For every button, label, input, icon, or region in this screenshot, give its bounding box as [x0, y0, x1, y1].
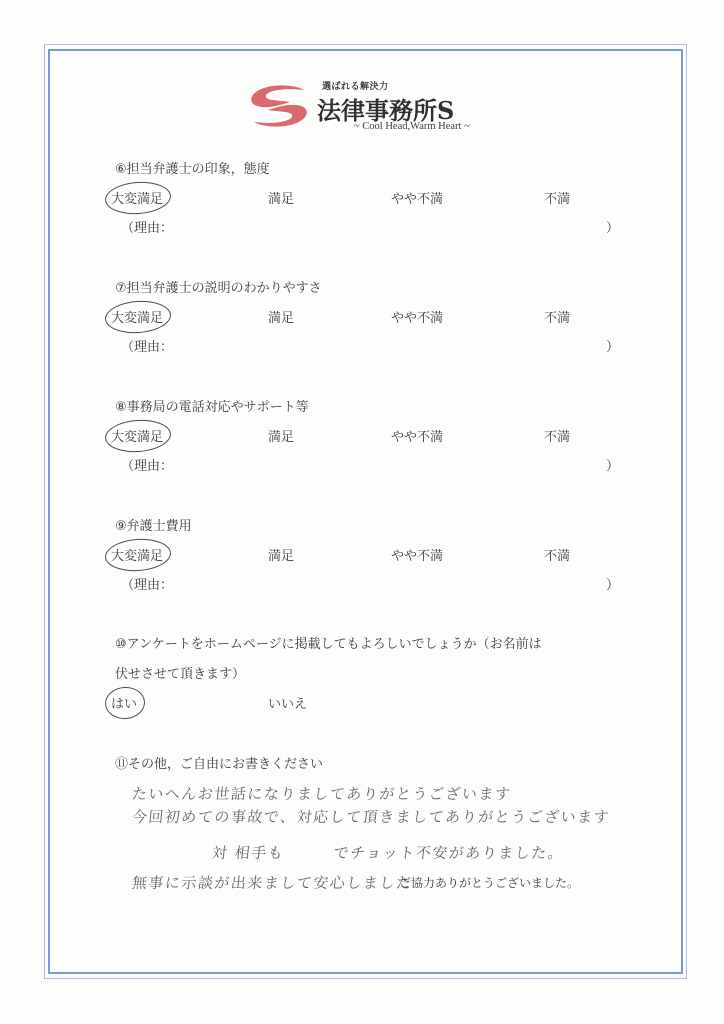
option-very-satisfied[interactable]: 大変満足: [111, 188, 163, 207]
option-somewhat-dissatisfied[interactable]: やや不満: [391, 545, 443, 564]
reason-label: （理由：: [121, 217, 173, 236]
question-title: ⑥担当弁護士の印象，態度: [115, 158, 270, 177]
option-somewhat-dissatisfied[interactable]: やや不満: [391, 426, 443, 445]
option-very-satisfied[interactable]: 大変満足: [111, 545, 163, 564]
option-very-satisfied[interactable]: 大変満足: [111, 307, 163, 326]
option-no[interactable]: いいえ: [268, 693, 307, 712]
option-satisfied[interactable]: 満足: [268, 307, 294, 326]
handwritten-comment-line: たいへんお世話になりましてありがとうございます: [131, 783, 513, 804]
option-satisfied[interactable]: 満足: [268, 545, 294, 564]
reason-close-paren: ）: [606, 574, 619, 593]
option-dissatisfied[interactable]: 不満: [544, 307, 570, 326]
handwritten-comment-line: 無事に示談が出来まして安心しました: [131, 872, 414, 893]
option-dissatisfied[interactable]: 不満: [544, 188, 570, 207]
question-title: ⑪その他，ご自由にお書きください: [115, 753, 323, 772]
question-title-line1: ⑩アンケートをホームページに掲載してもよろしいでしょうか（お名前は: [115, 633, 542, 652]
option-yes[interactable]: はい: [111, 693, 137, 712]
handwritten-comment-line: 対 相手も でチョット不安がありました。: [211, 842, 566, 863]
reason-label: （理由：: [121, 336, 173, 355]
reason-label: （理由：: [121, 455, 173, 474]
logo-subtitle: ~ Cool Head,Warm Heart ~: [354, 121, 470, 132]
question-title: ⑦担当弁護士の説明のわかりやすさ: [115, 277, 322, 296]
reason-label: （理由：: [121, 574, 173, 593]
reason-close-paren: ）: [606, 336, 619, 355]
option-somewhat-dissatisfied[interactable]: やや不満: [391, 188, 443, 207]
logo-s-mark-icon: [246, 84, 312, 128]
option-somewhat-dissatisfied[interactable]: やや不満: [391, 307, 443, 326]
option-satisfied[interactable]: 満足: [268, 188, 294, 207]
option-very-satisfied[interactable]: 大変満足: [111, 426, 163, 445]
firm-logo: 選ばれる解決力 法律事務所S ~ Cool Head,Warm Heart ~: [246, 76, 496, 138]
reason-close-paren: ）: [606, 455, 619, 474]
option-dissatisfied[interactable]: 不満: [544, 426, 570, 445]
option-satisfied[interactable]: 満足: [268, 426, 294, 445]
reason-close-paren: ）: [606, 217, 619, 236]
closing-thanks: ご協力ありがとうございました。: [399, 874, 579, 891]
question-title: ⑨弁護士費用: [115, 515, 192, 534]
question-title: ⑧事務局の電話対応やサポート等: [115, 396, 309, 415]
option-dissatisfied[interactable]: 不満: [544, 545, 570, 564]
handwritten-comment-line: 今回初めての事故で、対応して頂きましてありがとうございます: [131, 806, 611, 827]
question-title-line2: 伏せさせて頂きます）: [115, 663, 245, 682]
